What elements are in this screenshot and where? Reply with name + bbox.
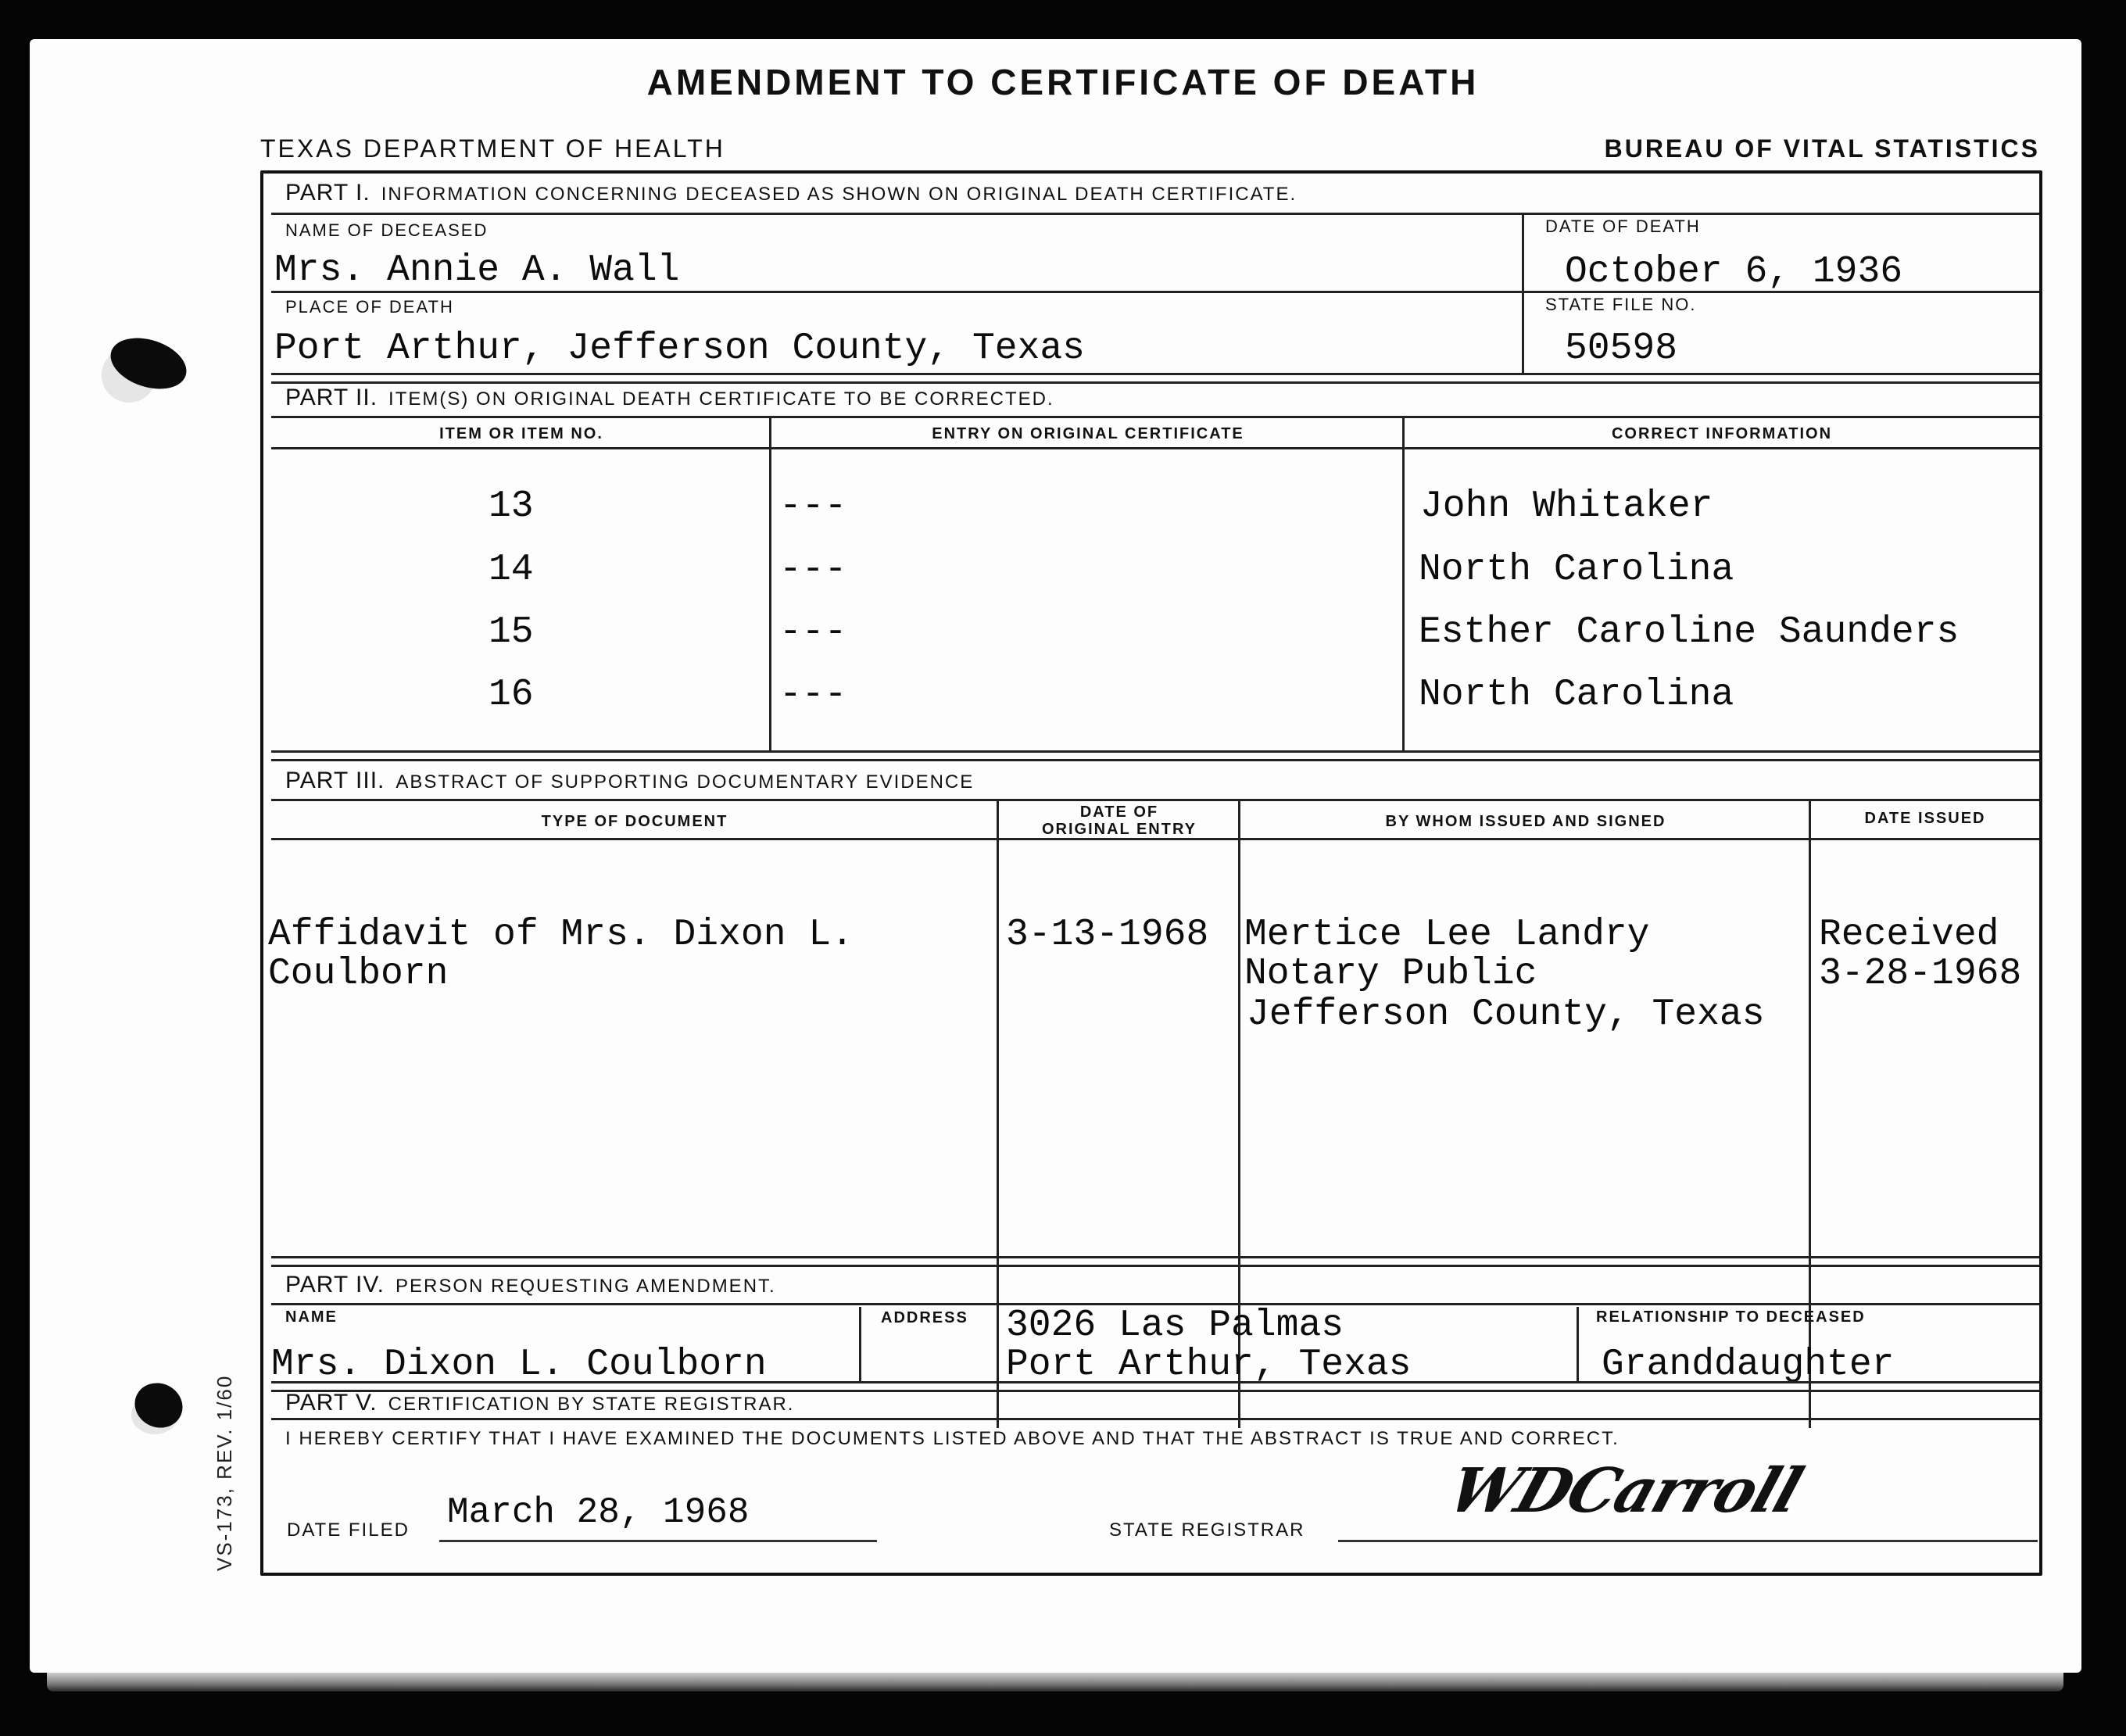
divider [271,447,2039,449]
relationship-label: RELATIONSHIP TO DECEASED [1596,1308,1866,1326]
correct-information: John Whitaker [1420,488,1713,525]
column-divider [1577,1307,1579,1381]
certification-statement: I HEREBY CERTIFY THAT I HAVE EXAMINED TH… [285,1428,1620,1450]
form-number: VS-173, REV. 1/60 [213,1375,237,1571]
name-of-deceased-value: Mrs. Annie A. Wall [274,252,679,289]
date-filed-line [439,1540,877,1542]
correct-information: Esther Caroline Saunders [1419,614,1959,651]
part2-heading: PART II.ITEM(S) ON ORIGINAL DEATH CERTIF… [285,385,1054,411]
place-of-death-label: PLACE OF DEATH [285,297,454,317]
column-divider [1402,416,1405,752]
name-of-deceased-label: NAME OF DECEASED [285,220,488,241]
document-title: AMENDMENT TO CERTIFICATE OF DEATH [0,61,2126,103]
col-correct-info: CORRECT INFORMATION [1405,425,2039,443]
divider [271,1418,2039,1420]
part1-number: PART I. [285,180,370,206]
place-of-death-value: Port Arthur, Jefferson County, Texas [274,330,1085,367]
address-line1: 3026 Las Palmas [1006,1307,1344,1344]
divider [271,416,2039,418]
divider [271,799,2039,801]
date-filed-value: March 28, 1968 [447,1494,749,1530]
original-entry: --- [779,488,846,525]
form-frame: PART I.INFORMATION CONCERNING DECEASED A… [260,170,2042,1576]
item-number: 14 [489,551,534,589]
part4-heading: PART IV.PERSON REQUESTING AMENDMENT. [285,1272,776,1298]
item-number: 16 [489,676,534,714]
part2-number: PART II. [285,385,378,410]
part3-heading: PART III.ABSTRACT OF SUPPORTING DOCUMENT… [285,768,974,794]
column-divider [997,799,999,1428]
requester-name-label: NAME [285,1308,338,1326]
part3-title: ABSTRACT OF SUPPORTING DOCUMENTARY EVIDE… [395,771,974,793]
address-label: ADDRESS [881,1309,968,1327]
column-divider [1809,799,1811,1428]
col-issued-and-signed: BY WHOM ISSUED AND SIGNED [1240,813,1811,831]
part4-title: PERSON REQUESTING AMENDMENT. [395,1276,776,1297]
original-entry-date: 3-13-1968 [1006,916,1208,954]
part3-number: PART III. [285,768,385,793]
registrar-signature-line [1338,1540,2038,1542]
item-number: 13 [489,488,534,525]
state-file-no-value: 50598 [1565,330,1677,367]
divider [271,213,2039,215]
state-file-no-label: STATE FILE NO. [1545,295,1696,315]
section-divider [271,750,2039,761]
part5-number: PART V. [285,1390,378,1416]
section-divider [271,373,2039,384]
bureau-name: BUREAU OF VITAL STATISTICS [1605,134,2040,163]
col-date-of-original-entry: DATE OF ORIGINAL ENTRY [998,804,1240,838]
part2-title: ITEM(S) ON ORIGINAL DEATH CERTIFICATE TO… [388,388,1054,410]
col-item-no: ITEM OR ITEM NO. [271,425,771,443]
item-number: 15 [489,614,534,651]
section-divider [271,1256,2039,1267]
col-type-of-document: TYPE OF DOCUMENT [271,813,998,831]
original-entry: --- [779,551,846,589]
requester-name-value: Mrs. Dixon L. Coulborn [271,1346,767,1383]
issued-by-line1: Mertice Lee Landry [1244,916,1649,954]
divider [271,838,2039,840]
date-of-death-value: October 6, 1936 [1565,253,1902,291]
date-of-death-label: DATE OF DEATH [1545,217,1701,237]
department-name: TEXAS DEPARTMENT OF HEALTH [260,134,725,163]
part1-heading: PART I.INFORMATION CONCERNING DECEASED A… [285,180,1297,206]
part1-title: INFORMATION CONCERNING DECEASED AS SHOWN… [381,184,1297,205]
col-original-entry: ENTRY ON ORIGINAL CERTIFICATE [771,425,1405,443]
part5-heading: PART V.CERTIFICATION BY STATE REGISTRAR. [285,1390,794,1416]
registrar-signature: WDCarroll [1440,1455,1809,1527]
paper-stack-edge [47,1673,2063,1691]
correct-information: North Carolina [1419,676,1734,714]
date-filed-label: DATE FILED [287,1519,410,1541]
document-type-line1: Affidavit of Mrs. Dixon L. [268,916,854,954]
issued-by-line2: Notary Public [1244,955,1537,993]
original-entry: --- [779,676,846,714]
col-date-of-label: DATE OF [998,804,1240,821]
part5-title: CERTIFICATION BY STATE REGISTRAR. [388,1394,795,1415]
original-entry: --- [779,614,846,651]
date-issued-line1: Received [1819,916,1999,954]
document-type-line2: Coulborn [268,955,448,993]
relationship-value: Granddaughter [1602,1346,1894,1383]
address-line2: Port Arthur, Texas [1006,1346,1411,1383]
col-original-entry-label: ORIGINAL ENTRY [998,821,1240,838]
correct-information: North Carolina [1419,551,1734,589]
part4-number: PART IV. [285,1272,385,1298]
issued-by-line3: Jefferson County, Texas [1247,996,1765,1033]
divider [271,291,2039,293]
column-divider [769,416,771,752]
col-date-issued: DATE ISSUED [1811,810,2039,828]
column-divider [859,1307,861,1381]
date-issued-line2: 3-28-1968 [1819,955,2021,993]
state-registrar-label: STATE REGISTRAR [1109,1519,1305,1541]
